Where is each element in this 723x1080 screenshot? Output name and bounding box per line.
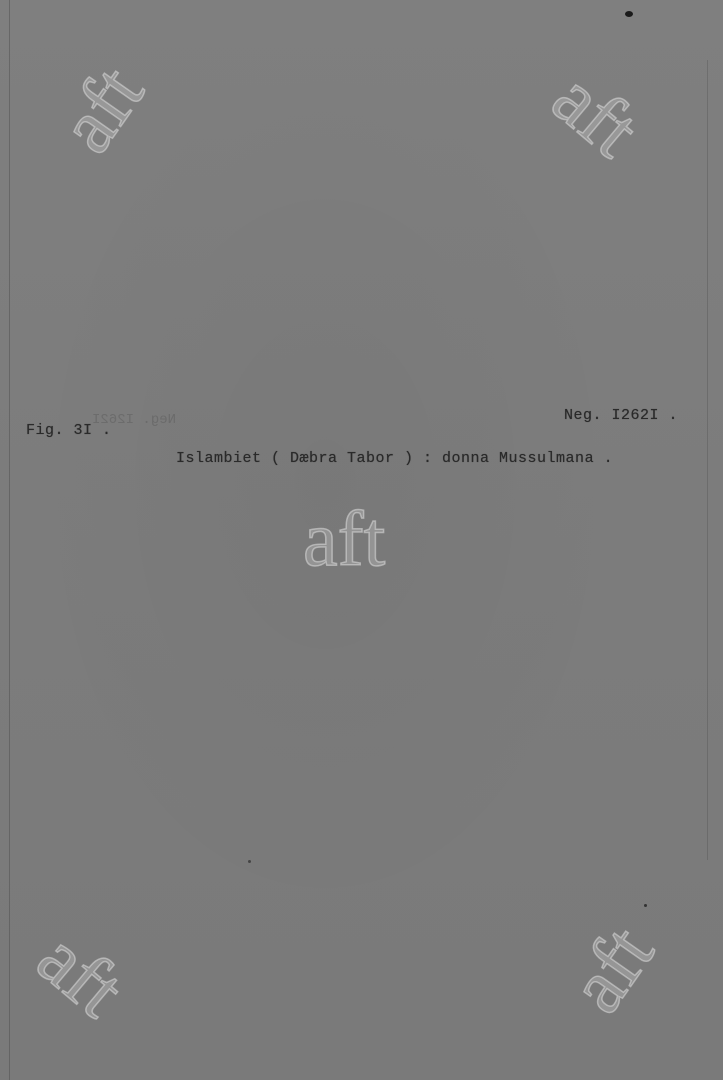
- card-edge-left: [9, 0, 10, 1080]
- watermark-center: aft: [303, 500, 385, 578]
- card-edge-right: [707, 60, 708, 860]
- dust-speck: [625, 11, 633, 17]
- dust-speck: [644, 904, 647, 907]
- negative-number: Neg. I262I .: [564, 407, 678, 424]
- dust-speck: [248, 860, 251, 863]
- caption: Islambiet ( Dæbra Tabor ) : donna Mussul…: [176, 450, 613, 467]
- figure-label: Fig. 3I .: [26, 422, 112, 439]
